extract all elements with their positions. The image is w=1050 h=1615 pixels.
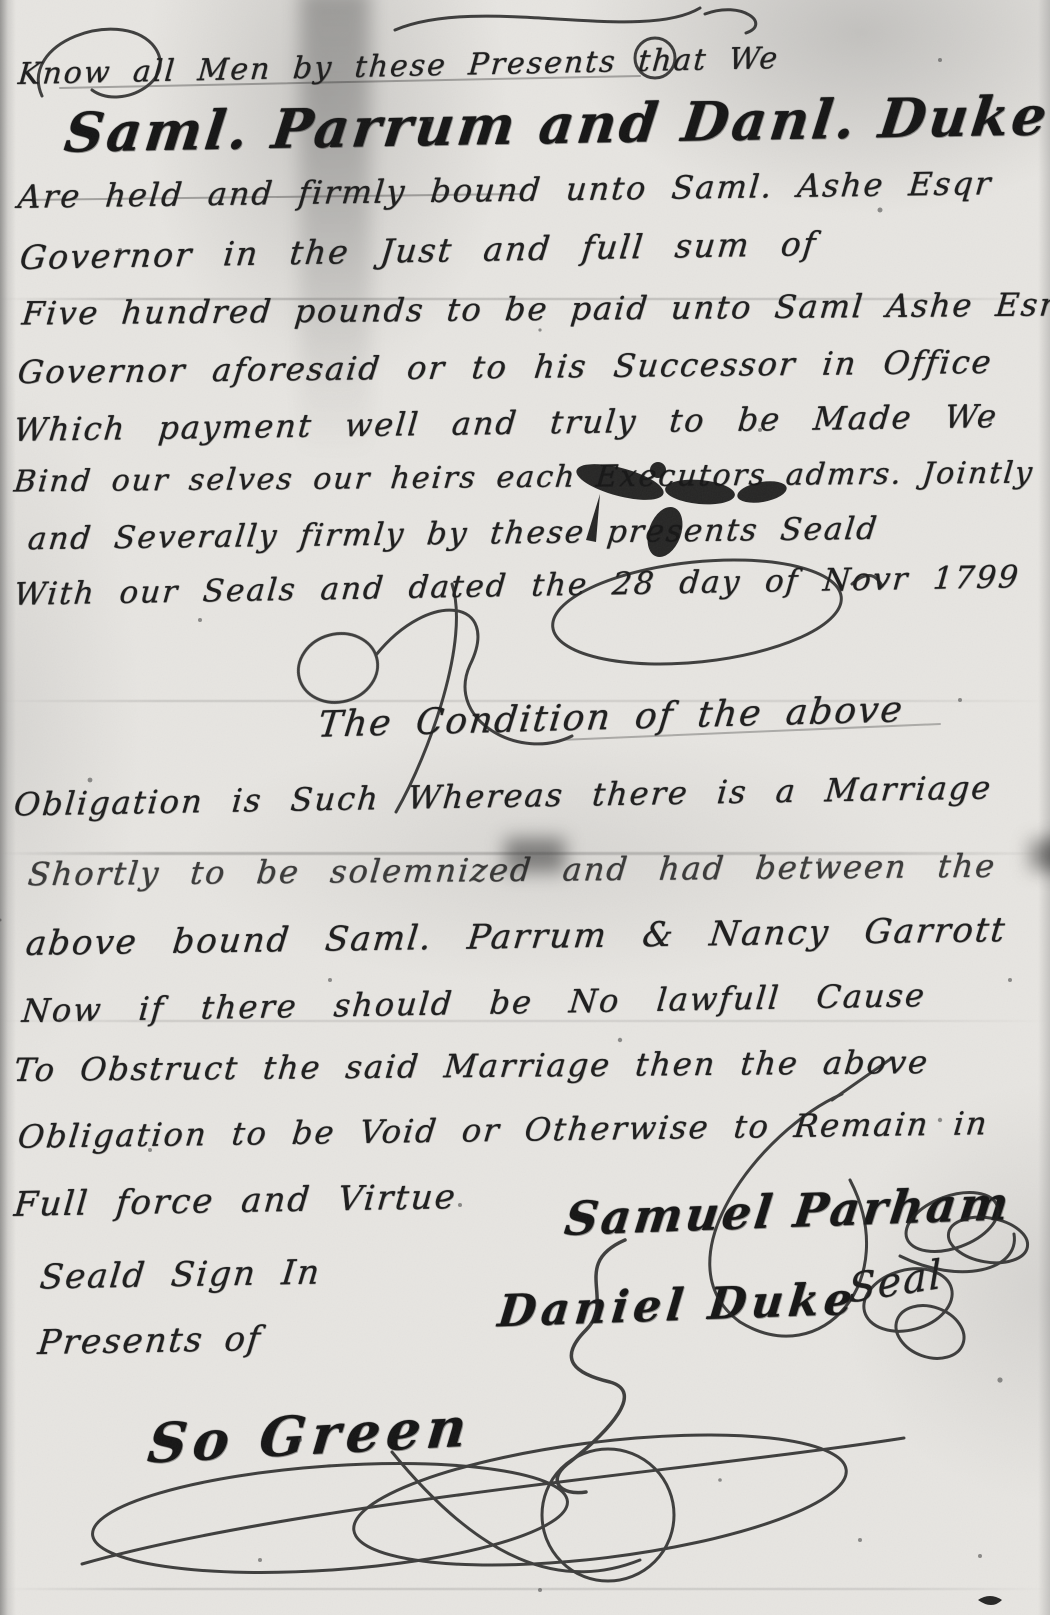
line-bind-ourselves: Bind our selves our heirs each Executors… [13,459,1036,498]
signature-samuel-parham: Samuel Parham [562,1180,1014,1242]
line-dated: With our Seals and dated the 28 day of N… [13,562,1022,611]
fold-stain [1030,840,1050,870]
signature-daniel-duke: Daniel Duke [496,1278,859,1335]
ink-blot [573,457,1002,1605]
manuscript-page: Know all Men by these Presents that We S… [0,0,1050,1615]
line-seald-sign: Seald Sign In [38,1256,323,1295]
line-solemnized: Shortly to be solemnized and had between… [26,850,997,890]
line-bride-groom: above bound Saml. Parrum & Nancy Garrott [24,913,1008,961]
line-payment: Which payment well and truly to be Made … [13,400,1000,446]
line-bound-unto: Are held and firmly bound unto Saml. Ash… [17,167,994,213]
fold-crease [0,1588,1050,1590]
line-full-force: Full force and Virtue [13,1180,459,1222]
line-presents-of: Presents of [36,1322,263,1360]
signature-witness-green: So Green [145,1399,475,1470]
line-successor: Governor aforesaid or to his Successor i… [16,346,994,388]
line-opening: Know all Men by these Presents that We [17,44,781,90]
line-obstruct: To Obstruct the said Marriage then the a… [12,1046,930,1086]
line-void-or-remain: Obligation to be Void or Otherwise to Re… [16,1107,990,1153]
line-severally: and Severally firmly by these presents S… [26,514,880,555]
line-five-hundred: Five hundred pounds to be paid unto Saml… [20,288,1050,329]
line-governor-sum: Governor in the Just and full sum of [18,227,819,274]
line-obligation-marriage: Obligation is Such Whereas there is a Ma… [13,771,994,820]
line-principal-names: Saml. Parrum and Danl. Duke [62,88,1050,159]
seal-text: Seal [848,1254,943,1309]
